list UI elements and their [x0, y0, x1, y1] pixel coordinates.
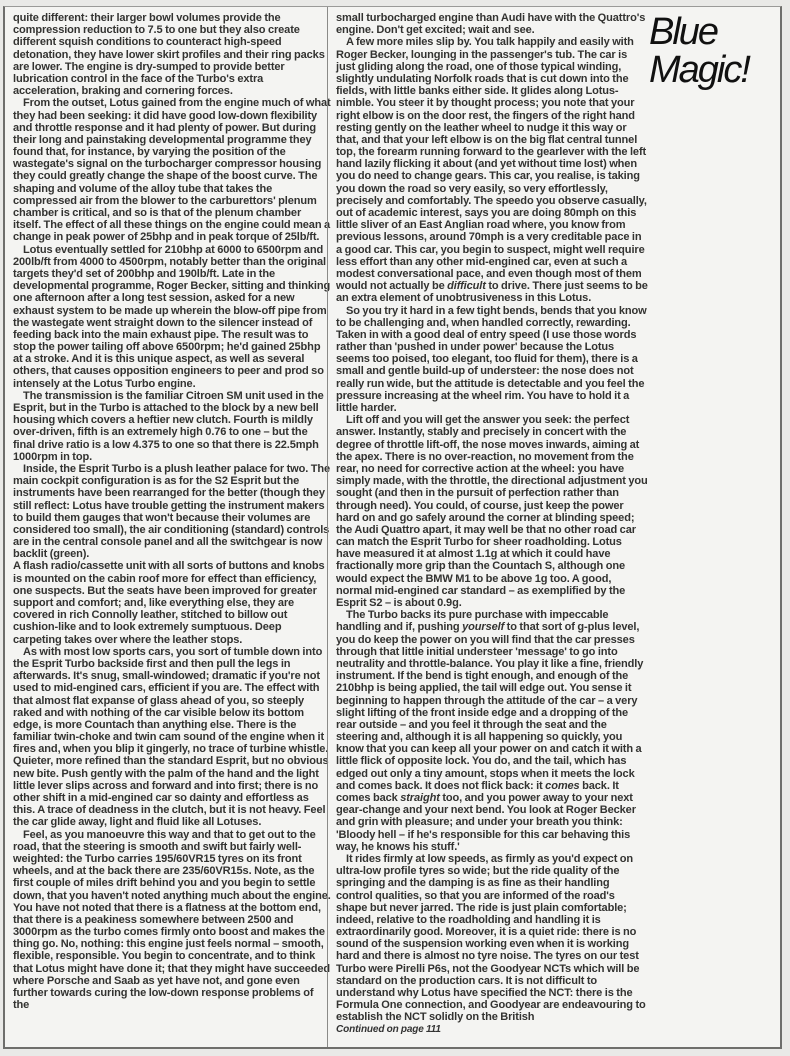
- left-text-column: quite different: their larger bowl volum…: [13, 12, 331, 1011]
- column-divider: [327, 7, 328, 1047]
- paragraph: Feel, as you manoeuvre this way and that…: [13, 829, 331, 1012]
- paragraph: A flash radio/cassette unit with all sor…: [13, 560, 331, 645]
- paragraph: A few more miles slip by. You talk happi…: [336, 36, 648, 304]
- paragraph: quite different: their larger bowl volum…: [13, 12, 331, 97]
- paragraph: It rides firmly at low speeds, as firmly…: [336, 853, 648, 1024]
- paragraph: The transmission is the familiar Citroen…: [13, 390, 331, 463]
- paragraph: Lotus eventually settled for 210bhp at 6…: [13, 244, 331, 390]
- paragraph: Lift off and you will get the answer you…: [336, 414, 648, 609]
- paragraph: As with most low sports cars, you sort o…: [13, 646, 331, 829]
- magazine-page: quite different: their larger bowl volum…: [3, 6, 782, 1049]
- continued-link[interactable]: Continued on page 111: [336, 1024, 648, 1036]
- italic-emphasis: straight: [400, 792, 440, 804]
- title-line-1: Blue: [649, 13, 779, 51]
- paragraph: So you try it hard in a few tight bends,…: [336, 305, 648, 415]
- paragraph-text: to that sort of g-plus level, you do kee…: [336, 621, 643, 791]
- paragraph: small turbocharged engine than Audi have…: [336, 12, 648, 36]
- italic-emphasis: difficult: [447, 280, 486, 292]
- paragraph: The Turbo backs its pure purchase with i…: [336, 609, 648, 853]
- paragraph: Inside, the Esprit Turbo is a plush leat…: [13, 463, 331, 561]
- article-title: Blue Magic!: [649, 13, 779, 89]
- paragraph-text: A few more miles slip by. You talk happi…: [336, 36, 647, 292]
- italic-emphasis: comes: [545, 780, 579, 792]
- title-line-2: Magic!: [649, 51, 779, 89]
- right-text-column: small turbocharged engine than Audi have…: [336, 12, 648, 1036]
- paragraph: From the outset, Lotus gained from the e…: [13, 97, 331, 243]
- italic-emphasis: yourself: [462, 621, 504, 633]
